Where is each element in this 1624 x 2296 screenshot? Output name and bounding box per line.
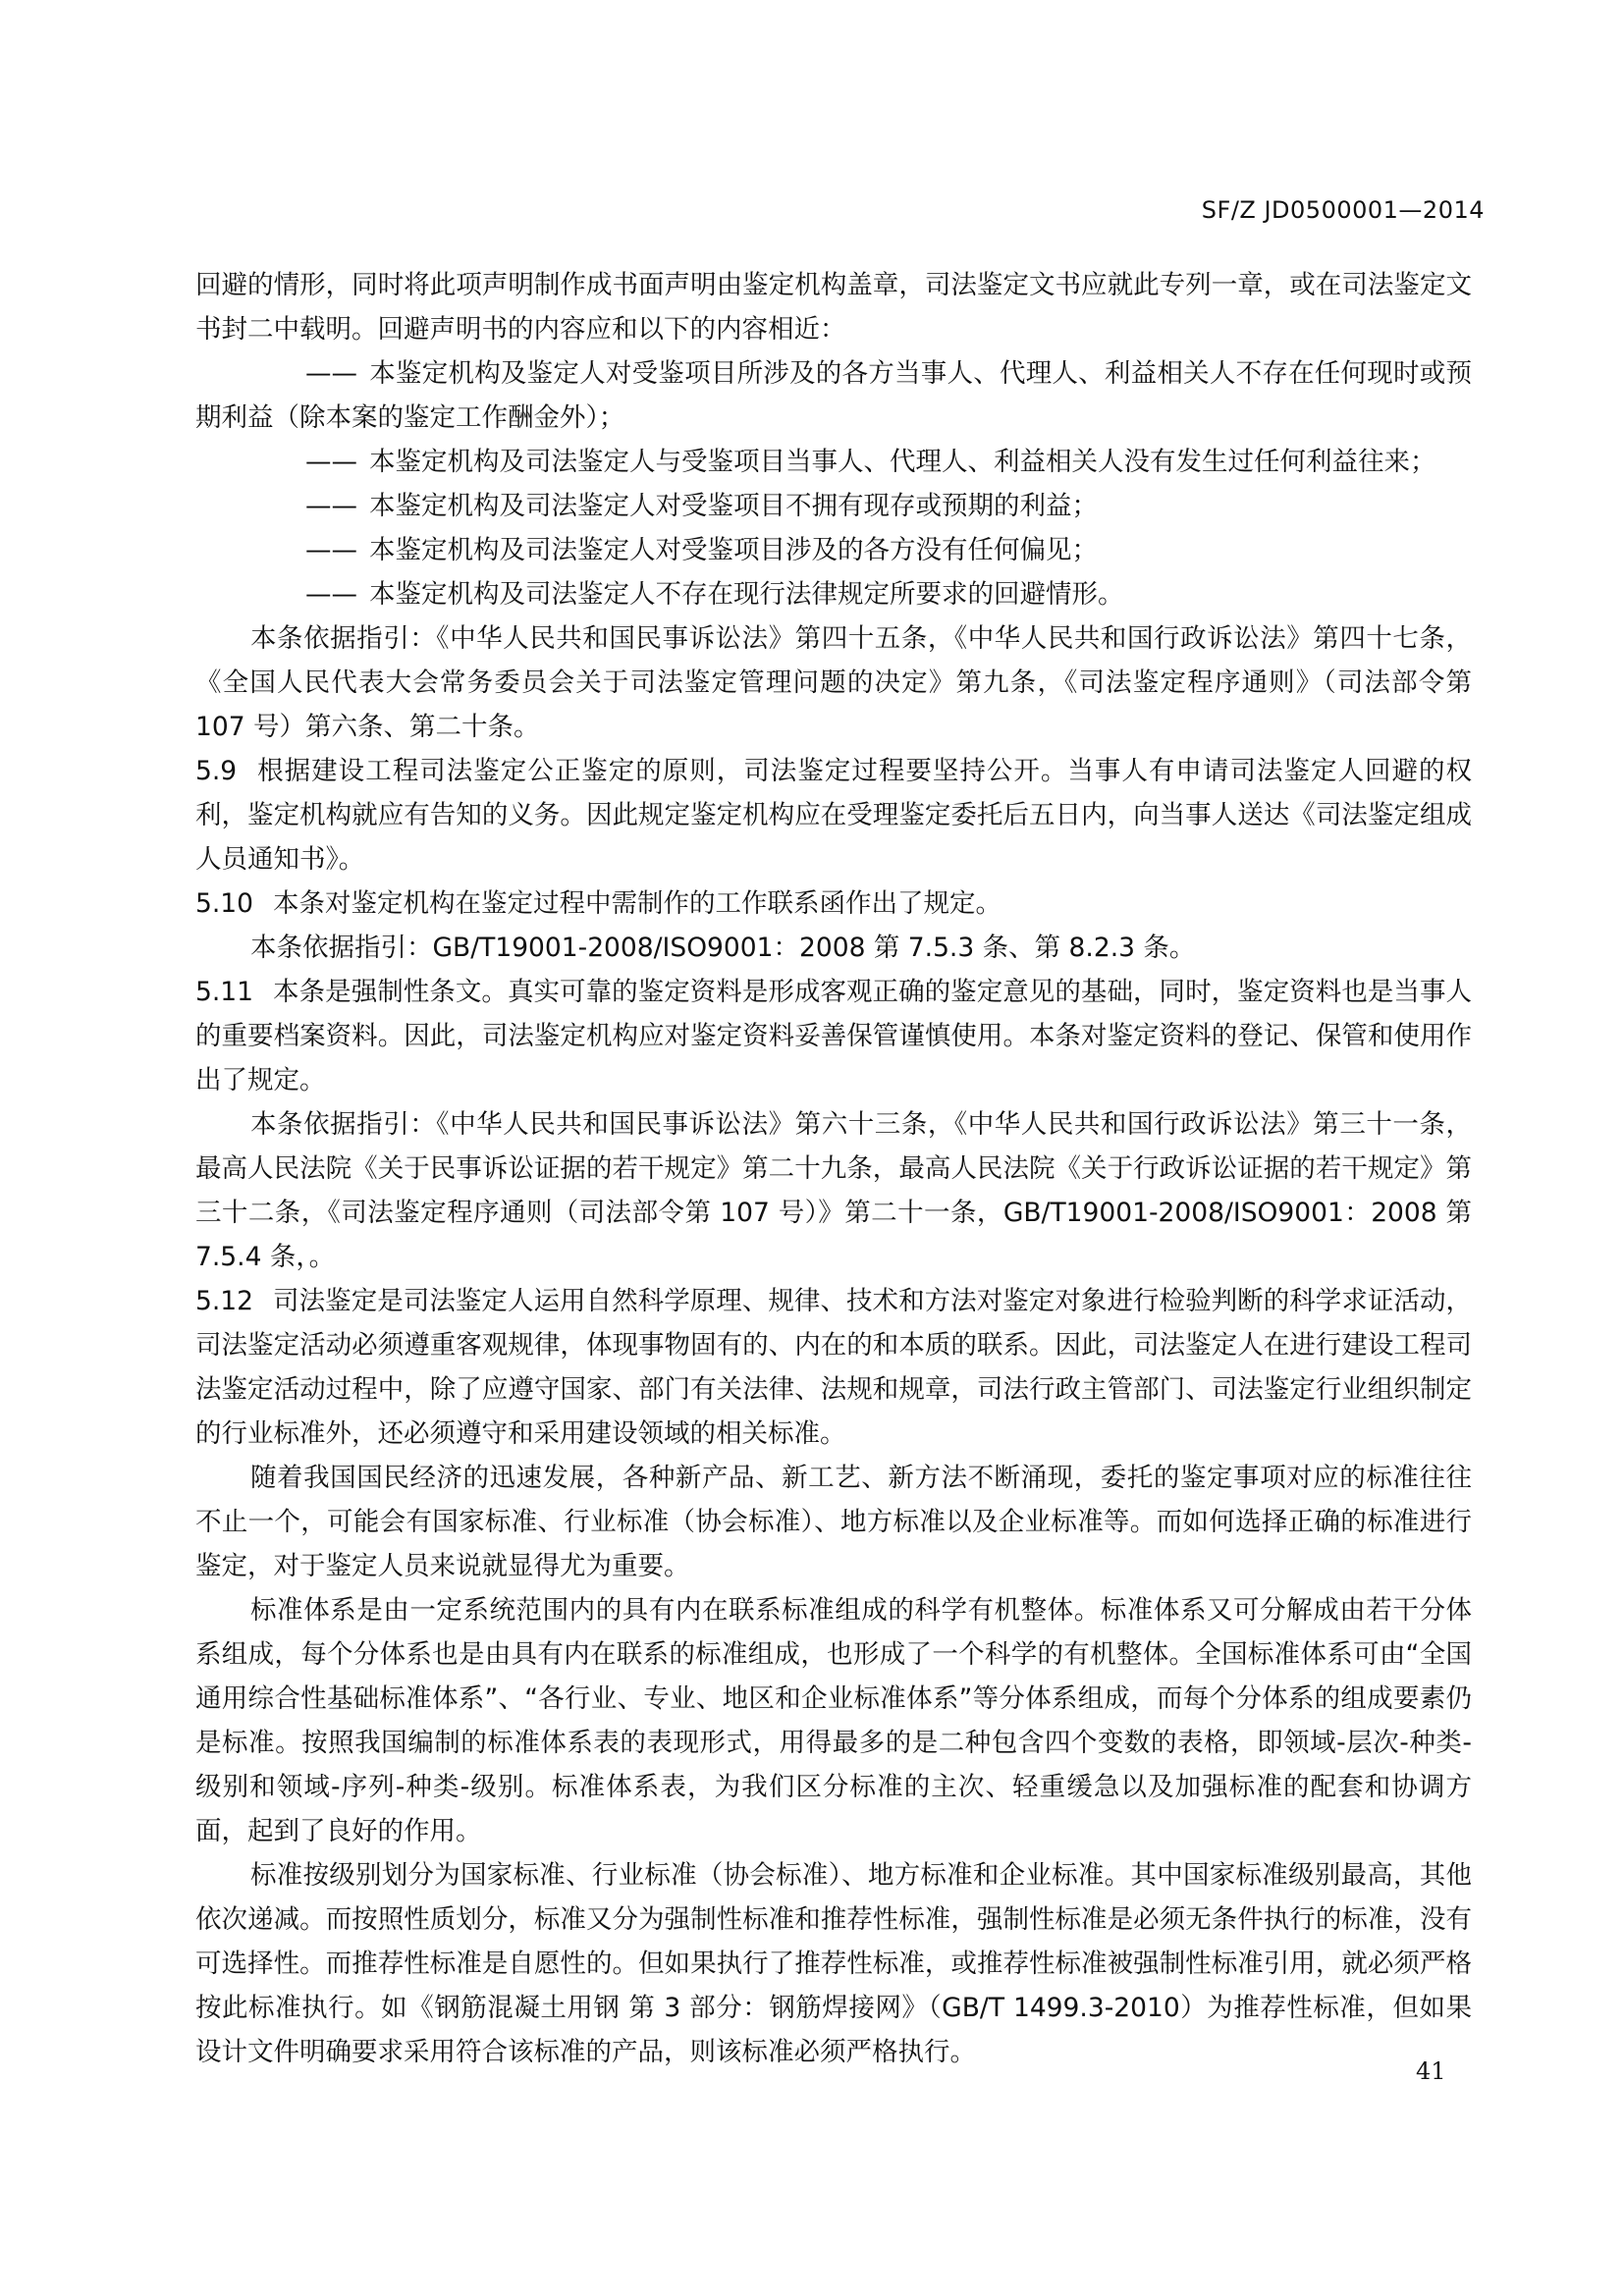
document-body: 回避的情形，同时将此项声明制作成书面声明由鉴定机构盖章，司法鉴定文书应就此专列一… [195,263,1472,2074]
dash-item-text: 本鉴定机构及司法鉴定人与受鉴项目当事人、代理人、利益相关人没有发生过任何利益往来… [369,447,1436,477]
section-5-9: 5.9根据建设工程司法鉴定公正鉴定的原则，司法鉴定过程要坚持公开。当事人有申请司… [195,749,1472,881]
reference-guide-paragraph: 本条依据指引：《中华人民共和国民事诉讼法》第六十三条，《中华人民共和国行政诉讼法… [195,1102,1472,1279]
dash-bullet: —— [250,484,357,528]
dash-item-text: 本鉴定机构及司法鉴定人对受鉴项目涉及的各方没有任何偏见； [369,535,1098,565]
dash-list-item: ——本鉴定机构及司法鉴定人不存在现行法律规定所要求的回避情形。 [195,572,1472,616]
section-text: 本条是强制性条文。真实可靠的鉴定资料是形成客观正确的鉴定意见的基础，同时，鉴定资… [195,977,1472,1095]
dash-item-text: 本鉴定机构及鉴定人对受鉴项目所涉及的各方当事人、代理人、利益相关人不存在任何现时… [195,358,1472,433]
body-paragraph: 标准按级别划分为国家标准、行业标准（协会标准）、地方标准和企业标准。其中国家标准… [195,1853,1472,2074]
dash-list-item: ——本鉴定机构及司法鉴定人对受鉴项目涉及的各方没有任何偏见； [195,528,1472,572]
reference-guide-paragraph: 本条依据指引：GB/T19001-2008/ISO9001：2008 第 7.5… [195,926,1472,970]
section-5-12: 5.12司法鉴定是司法鉴定人运用自然科学原理、规律、技术和方法对鉴定对象进行检验… [195,1279,1472,1456]
section-text: 根据建设工程司法鉴定公正鉴定的原则，司法鉴定过程要坚持公开。当事人有申请司法鉴定… [195,756,1472,875]
section-number: 5.9 [195,756,237,786]
section-number: 5.10 [195,888,253,919]
dash-bullet: —— [250,351,357,396]
paragraph-continuation: 回避的情形，同时将此项声明制作成书面声明由鉴定机构盖章，司法鉴定文书应就此专列一… [195,263,1472,351]
dash-bullet: —— [250,528,357,572]
dash-list-item: ——本鉴定机构及鉴定人对受鉴项目所涉及的各方当事人、代理人、利益相关人不存在任何… [195,351,1472,440]
section-5-10: 5.10本条对鉴定机构在鉴定过程中需制作的工作联系函作出了规定。 [195,881,1472,926]
dash-item-text: 本鉴定机构及司法鉴定人对受鉴项目不拥有现存或预期的利益； [369,491,1098,521]
reference-guide-paragraph: 本条依据指引：《中华人民共和国民事诉讼法》第四十五条，《中华人民共和国行政诉讼法… [195,616,1472,749]
page-number: 41 [1416,2057,1446,2085]
body-paragraph: 标准体系是由一定系统范围内的具有内在联系标准组成的科学有机整体。标准体系又可分解… [195,1588,1472,1853]
dash-list-item: ——本鉴定机构及司法鉴定人与受鉴项目当事人、代理人、利益相关人没有发生过任何利益… [195,440,1472,484]
body-paragraph: 随着我国国民经济的迅速发展，各种新产品、新工艺、新方法不断涌现，委托的鉴定事项对… [195,1456,1472,1588]
section-text: 本条对鉴定机构在鉴定过程中需制作的工作联系函作出了规定。 [273,888,1001,919]
dash-item-text: 本鉴定机构及司法鉴定人不存在现行法律规定所要求的回避情形。 [369,579,1124,610]
dash-list-item: ——本鉴定机构及司法鉴定人对受鉴项目不拥有现存或预期的利益； [195,484,1472,528]
document-standard-code: SF/Z JD0500001—2014 [1202,196,1485,224]
dash-bullet: —— [250,440,357,484]
section-number: 5.12 [195,1286,253,1316]
dash-bullet: —— [250,572,357,616]
section-text: 司法鉴定是司法鉴定人运用自然科学原理、规律、技术和方法对鉴定对象进行检验判断的科… [195,1286,1472,1449]
section-number: 5.11 [195,977,253,1007]
section-5-11: 5.11本条是强制性条文。真实可靠的鉴定资料是形成客观正确的鉴定意见的基础，同时… [195,970,1472,1102]
